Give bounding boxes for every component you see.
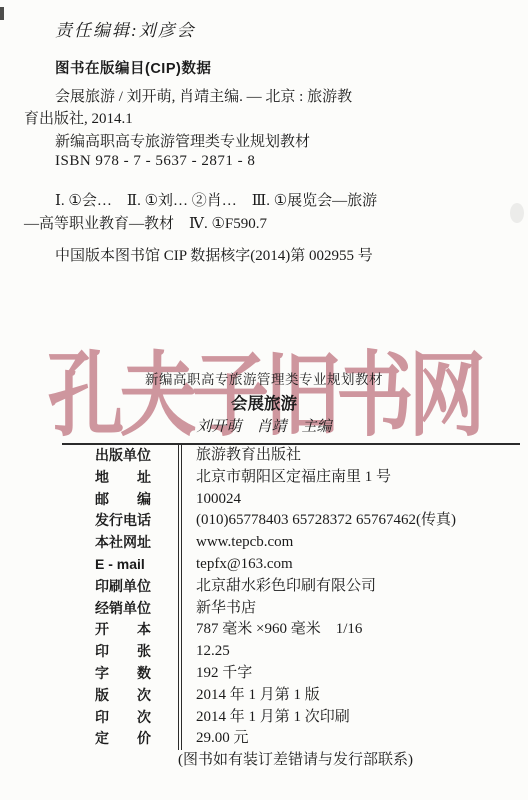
row-label: 开 本 <box>62 619 178 641</box>
cip-series-line: 新编高职高专旅游管理类专业规划教材 <box>55 130 310 151</box>
row-label: 版 次 <box>62 685 178 707</box>
row-label: 字 数 <box>62 663 178 685</box>
row-label: 出版单位 <box>62 445 178 467</box>
binding-error-note: (图书如有装订差错请与发行部联系) <box>178 748 413 769</box>
row-label: 本社网址 <box>62 532 178 554</box>
series-title: 新编高职高专旅游管理类专业规划教材 <box>0 368 528 388</box>
table-row: 定 价29.00 元 <box>62 728 520 750</box>
row-label: 邮 编 <box>62 489 178 511</box>
scan-edge-artifact <box>0 7 4 20</box>
table-row: 开 本787 毫米 ×960 毫米 1/16 <box>62 619 520 641</box>
table-row: 出版单位旅游教育出版社 <box>62 445 520 467</box>
row-label: 定 价 <box>62 728 178 750</box>
cip-entry-line2: 育出版社, 2014.1 <box>24 107 133 128</box>
row-label: 印刷单位 <box>62 576 178 598</box>
table-row: 经销单位新华书店 <box>62 598 520 620</box>
table-row: 字 数192 千字 <box>62 663 520 685</box>
row-value: (010)65778403 65728372 65767462(传真) <box>178 510 520 532</box>
row-value: 2014 年 1 月第 1 次印刷 <box>178 707 520 729</box>
responsible-editor-line: 责任编辑:刘彦会 <box>55 16 196 41</box>
classification-line1: Ⅰ. ①会… Ⅱ. ①刘… ②肖… Ⅲ. ①展览会—旅游 <box>55 189 377 210</box>
row-value: 北京甜水彩色印刷有限公司 <box>178 576 520 598</box>
table-row: 印 次2014 年 1 月第 1 次印刷 <box>62 707 520 729</box>
isbn-line: ISBN 978 - 7 - 5637 - 2871 - 8 <box>55 153 255 170</box>
table-row: 发行电话(010)65778403 65728372 65767462(传真) <box>62 510 520 532</box>
classification-line2: —高等职业教育—教材 Ⅳ. ①F590.7 <box>24 212 267 233</box>
row-value: 2014 年 1 月第 1 版 <box>178 685 520 707</box>
row-label: 发行电话 <box>62 510 178 532</box>
table-row: 邮 编100024 <box>62 489 520 511</box>
row-value: 旅游教育出版社 <box>178 445 520 467</box>
book-title: 会展旅游 <box>0 390 528 414</box>
row-value: tepfx@163.com <box>178 554 520 576</box>
table-row: 本社网址www.tepcb.com <box>62 532 520 554</box>
row-label: E - mail <box>62 554 178 576</box>
cip-entry-line1: 会展旅游 / 刘开萌, 肖靖主编. — 北京 : 旅游教 <box>55 85 352 106</box>
editors-line: 刘开萌 肖靖 主编 <box>0 415 528 436</box>
book-copyright-page: 责任编辑:刘彦会 图书在版编目(CIP)数据 会展旅游 / 刘开萌, 肖靖主编.… <box>0 0 528 800</box>
row-label: 经销单位 <box>62 598 178 620</box>
scan-smudge-artifact <box>510 203 524 223</box>
cip-heading: 图书在版编目(CIP)数据 <box>55 57 211 78</box>
row-value: 787 毫米 ×960 毫米 1/16 <box>178 619 520 641</box>
table-row: 印 张12.25 <box>62 641 520 663</box>
row-label: 印 次 <box>62 707 178 729</box>
row-value: 100024 <box>178 489 520 511</box>
row-label: 印 张 <box>62 641 178 663</box>
row-value: 12.25 <box>178 641 520 663</box>
row-label: 地 址 <box>62 467 178 489</box>
row-value: 192 千字 <box>178 663 520 685</box>
colophon-table: 出版单位旅游教育出版社 地 址北京市朝阳区定福庄南里 1 号 邮 编100024… <box>62 443 520 750</box>
table-row: 印刷单位北京甜水彩色印刷有限公司 <box>62 576 520 598</box>
table-row: 版 次2014 年 1 月第 1 版 <box>62 685 520 707</box>
table-row: 地 址北京市朝阳区定福庄南里 1 号 <box>62 467 520 489</box>
cip-record-number-line: 中国版本图书馆 CIP 数据核字(2014)第 002955 号 <box>55 244 373 265</box>
row-value: 北京市朝阳区定福庄南里 1 号 <box>178 467 520 489</box>
row-value: www.tepcb.com <box>178 532 520 554</box>
table-row: E - mailtepfx@163.com <box>62 554 520 576</box>
row-value: 新华书店 <box>178 598 520 620</box>
row-value: 29.00 元 <box>178 728 520 750</box>
